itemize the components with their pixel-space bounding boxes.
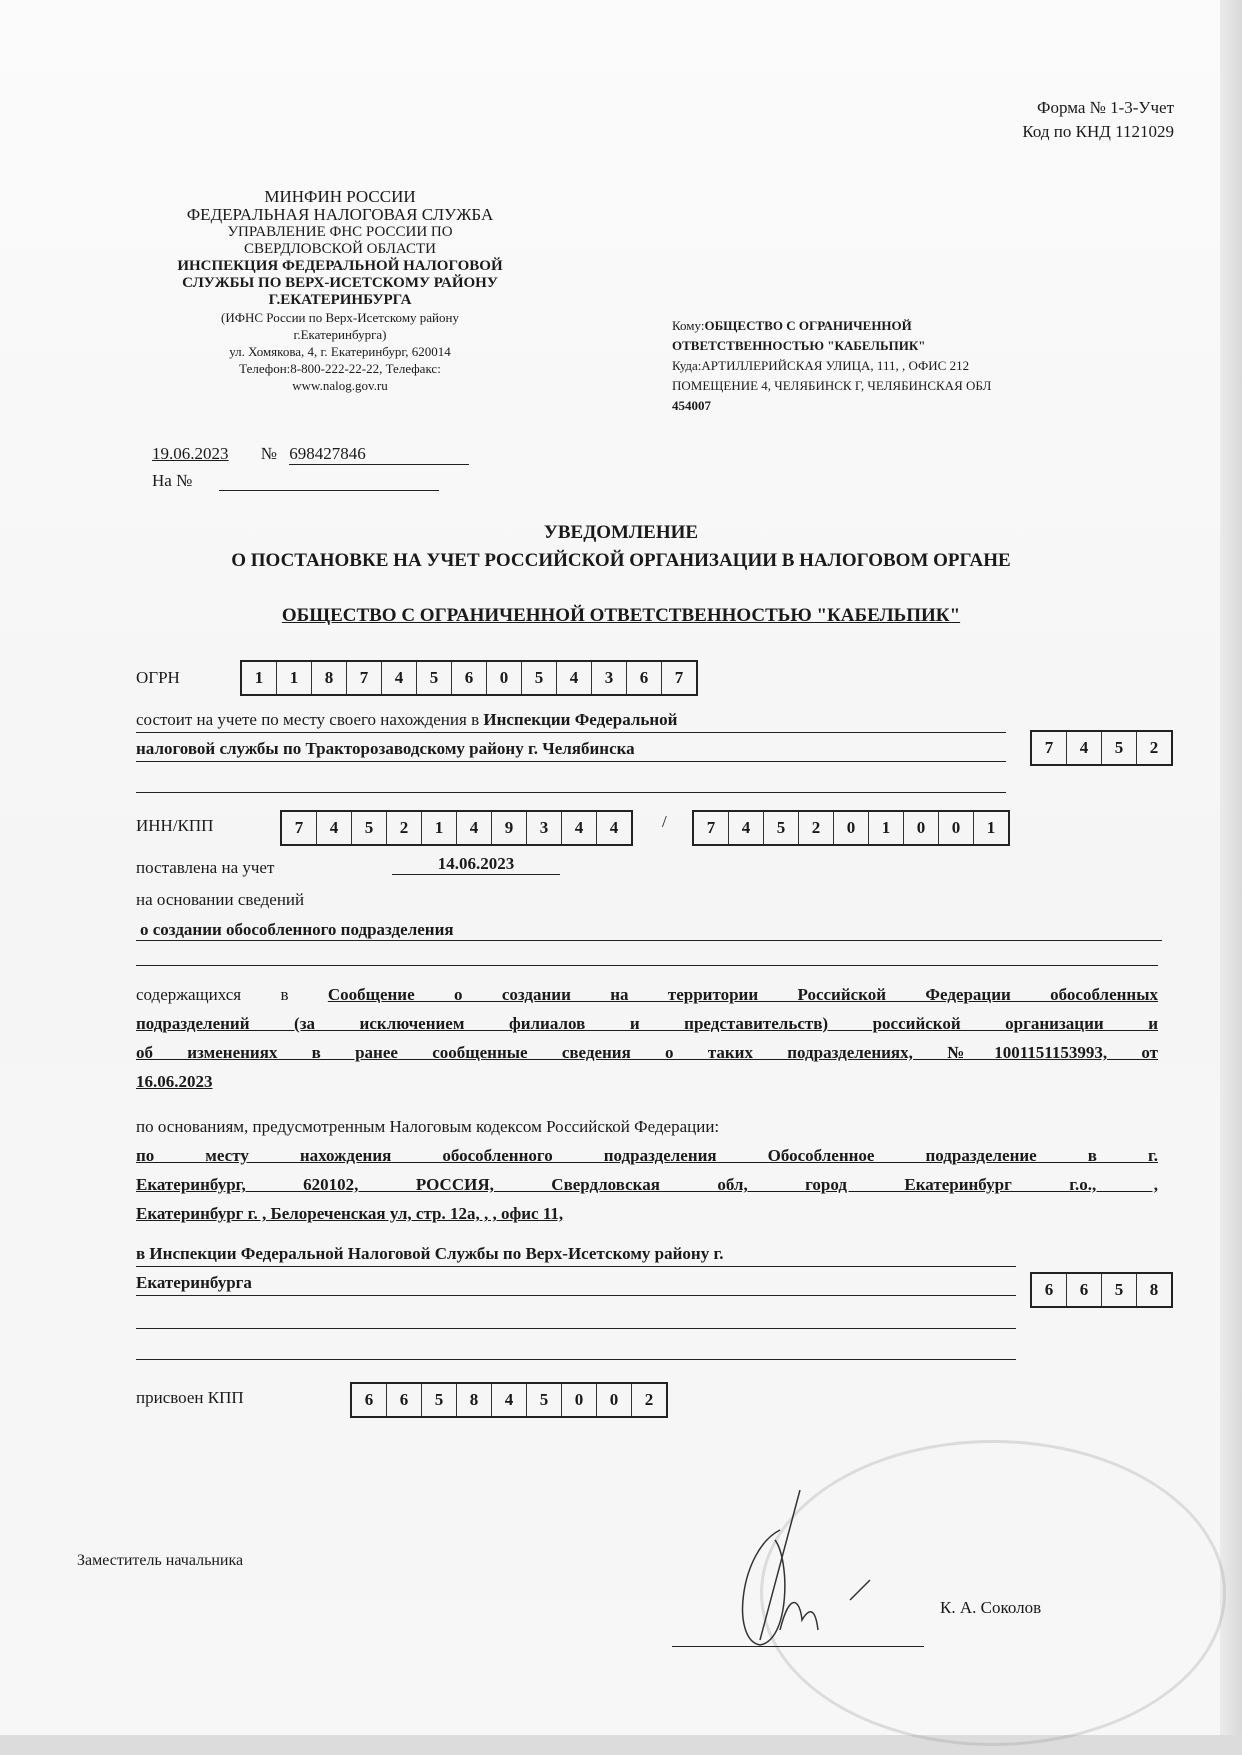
source-document-date: 16.06.2023 <box>136 1067 1158 1096</box>
inn-digit: 7 <box>282 812 317 844</box>
source-document-text: об изменениях в ранее сообщенные сведени… <box>136 1038 1158 1067</box>
new-tax-authority-code-digit: 5 <box>1102 1274 1137 1306</box>
new-tax-authority-code-digit: 6 <box>1067 1274 1102 1306</box>
ogrn-digit: 4 <box>382 662 417 694</box>
authority-line: (ИФНС России по Верх-Исетскому району <box>150 309 530 326</box>
form-number: Форма № 1-3-Учет <box>1022 96 1174 120</box>
assigned-kpp-digit: 0 <box>597 1384 632 1416</box>
ogrn-digit: 6 <box>627 662 662 694</box>
blank-line <box>136 965 1158 966</box>
inn-digit: 4 <box>457 812 492 844</box>
location-prefix: состоит на учете по месту своего нахожде… <box>136 710 483 729</box>
grounds-text: по месту нахождения обособленного подраз… <box>136 1141 1158 1170</box>
recipient-block: Кому:ОБЩЕСТВО С ОГРАНИЧЕННОЙ ОТВЕТСТВЕНН… <box>672 316 1092 416</box>
assigned-kpp-digit: 2 <box>632 1384 666 1416</box>
kpp-cells: 745201001 <box>692 810 1010 846</box>
tax-authority-name: Инспекции Федеральной <box>483 710 677 729</box>
form-header: Форма № 1-3-Учет Код по КНД 1121029 <box>1022 96 1174 144</box>
handwritten-signature-icon <box>720 1490 900 1660</box>
inn-kpp-separator: / <box>662 812 667 832</box>
new-tax-authority-code-digit: 6 <box>1032 1274 1067 1306</box>
ogrn-digit: 5 <box>522 662 557 694</box>
authority-line: УПРАВЛЕНИЕ ФНС РОССИИ ПО <box>150 224 530 241</box>
inn-kpp-label: ИНН/КПП <box>136 816 213 836</box>
assigned-kpp-digit: 6 <box>387 1384 422 1416</box>
registration-number-block: 19.06.2023 № 698427846 На № <box>152 444 469 491</box>
inn-digit: 9 <box>492 812 527 844</box>
grounds-block: по основаниям, предусмотренным Налоговым… <box>136 1112 1158 1228</box>
tax-authority-code-cells: 7452 <box>1030 730 1173 766</box>
inn-digit: 3 <box>527 812 562 844</box>
recipient-postcode: 454007 <box>672 396 1092 416</box>
inn-digit: 4 <box>562 812 597 844</box>
new-tax-authority-name: в Инспекции Федеральной Налоговой Службы… <box>136 1244 1016 1267</box>
authority-line: Г.ЕКАТЕРИНБУРГА <box>150 292 530 309</box>
new-tax-authority: в Инспекции Федеральной Налоговой Службы… <box>136 1244 1016 1360</box>
inn-digit: 1 <box>422 812 457 844</box>
registered-date: 14.06.2023 <box>392 854 560 875</box>
registration-location: состоит на учете по месту своего нахожде… <box>136 710 1006 793</box>
authority-line: ИНСПЕКЦИЯ ФЕДЕРАЛЬНОЙ НАЛОГОВОЙ <box>150 258 530 275</box>
kpp-digit: 5 <box>764 812 799 844</box>
document-page: Форма № 1-3-Учет Код по КНД 1121029 МИНФ… <box>0 0 1242 1755</box>
authority-line: СЛУЖБЫ ПО ВЕРХ-ИСЕТСКОМУ РАЙОНУ <box>150 275 530 292</box>
recipient-name: ОТВЕТСТВЕННОСТЬЮ "КАБЕЛЬПИК" <box>672 336 1092 356</box>
registered-label: поставлена на учет <box>136 858 274 878</box>
grounds-text: Екатеринбург г. , Белореченская ул, стр.… <box>136 1199 1158 1228</box>
authority-line: ФЕДЕРАЛЬНАЯ НАЛОГОВАЯ СЛУЖБА <box>150 206 530 224</box>
ogrn-digit: 3 <box>592 662 627 694</box>
source-document-text: подразделений (за исключением филиалов и… <box>136 1009 1158 1038</box>
assigned-kpp-digit: 0 <box>562 1384 597 1416</box>
tax-authority-code-digit: 5 <box>1102 732 1137 764</box>
basis-value: о создании обособленного подразделения <box>136 920 1162 941</box>
recipient-address: ПОМЕЩЕНИЕ 4, ЧЕЛЯБИНСК Г, ЧЕЛЯБИНСКАЯ ОБ… <box>672 376 1092 396</box>
authority-line: г.Екатеринбурга) <box>150 326 530 343</box>
signatory-position: Заместитель начальника <box>77 1552 243 1570</box>
assigned-kpp-label: присвоен КПП <box>136 1388 244 1408</box>
tax-authority-code-digit: 2 <box>1137 732 1171 764</box>
signatory-name: К. А. Соколов <box>940 1598 1041 1618</box>
tax-authority-code-digit: 4 <box>1067 732 1102 764</box>
kpp-digit: 0 <box>904 812 939 844</box>
kpp-digit: 1 <box>974 812 1008 844</box>
ogrn-digit: 7 <box>347 662 382 694</box>
authority-line: СВЕРДЛОВСКОЙ ОБЛАСТИ <box>150 241 530 258</box>
kpp-digit: 2 <box>799 812 834 844</box>
recipient-name: ОБЩЕСТВО С ОГРАНИЧЕННОЙ <box>704 318 911 333</box>
authority-website: www.nalog.gov.ru <box>150 377 530 394</box>
assigned-kpp-digit: 5 <box>527 1384 562 1416</box>
inn-digit: 5 <box>352 812 387 844</box>
scan-edge <box>1220 0 1242 1755</box>
ogrn-digit: 8 <box>312 662 347 694</box>
new-tax-authority-code-digit: 8 <box>1137 1274 1171 1306</box>
authority-line: МИНФИН РОССИИ <box>150 188 530 206</box>
assigned-kpp-digit: 6 <box>352 1384 387 1416</box>
reply-label: На № <box>152 471 192 490</box>
grounds-text: Екатеринбург, 620102, РОССИЯ, Свердловск… <box>136 1170 1158 1199</box>
kpp-digit: 0 <box>834 812 869 844</box>
to-label: Кому: <box>672 318 704 333</box>
knd-code: Код по КНД 1121029 <box>1022 120 1174 144</box>
tax-authority-code-digit: 7 <box>1032 732 1067 764</box>
assigned-kpp-cells: 665845002 <box>350 1382 668 1418</box>
assigned-kpp-digit: 8 <box>457 1384 492 1416</box>
ogrn-digit: 4 <box>557 662 592 694</box>
contained-prefix: содержащихся в <box>136 985 328 1004</box>
tax-authority-name: налоговой службы по Тракторозаводскому р… <box>136 739 1006 762</box>
signature-line <box>672 1646 924 1647</box>
inn-digit: 4 <box>597 812 631 844</box>
new-tax-authority-name: Екатеринбурга <box>136 1273 1016 1296</box>
document-date: 19.06.2023 <box>152 444 229 463</box>
organization-name: ОБЩЕСТВО С ОГРАНИЧЕННОЙ ОТВЕТСТВЕННОСТЬЮ… <box>0 605 1242 627</box>
authority-phone: Телефон:8-800-222-22-22, Телефакс: <box>150 360 530 377</box>
document-number: 698427846 <box>289 444 469 465</box>
inn-cells: 7452149344 <box>280 810 633 846</box>
ogrn-digit: 1 <box>242 662 277 694</box>
ogrn-digit: 7 <box>662 662 696 694</box>
blank-line <box>136 1296 1016 1329</box>
ogrn-label: ОГРН <box>136 668 180 688</box>
ogrn-digit: 5 <box>417 662 452 694</box>
grounds-label: по основаниям, предусмотренным Налоговым… <box>136 1112 1158 1141</box>
kpp-digit: 4 <box>729 812 764 844</box>
document-title: УВЕДОМЛЕНИЕ <box>0 522 1242 544</box>
new-tax-authority-code-cells: 6658 <box>1030 1272 1173 1308</box>
number-label: № <box>261 444 277 463</box>
assigned-kpp-digit: 4 <box>492 1384 527 1416</box>
ogrn-cells: 1187456054367 <box>240 660 698 696</box>
blank-line <box>136 762 1006 793</box>
kpp-digit: 1 <box>869 812 904 844</box>
kpp-digit: 7 <box>694 812 729 844</box>
blank-line <box>136 1329 1016 1360</box>
authority-address: ул. Хомякова, 4, г. Екатеринбург, 620014 <box>150 343 530 360</box>
kpp-digit: 0 <box>939 812 974 844</box>
recipient-address: АРТИЛЛЕРИЙСКАЯ УЛИЦА, 111, , ОФИС 212 <box>701 358 969 373</box>
source-document-text: Сообщение о создании на территории Росси… <box>328 985 1158 1004</box>
inn-digit: 2 <box>387 812 422 844</box>
organization-name-text: ОБЩЕСТВО С ОГРАНИЧЕННОЙ ОТВЕТСТВЕННОСТЬЮ… <box>282 605 960 626</box>
source-document: содержащихся в Сообщение о создании на т… <box>136 980 1158 1096</box>
ogrn-digit: 6 <box>452 662 487 694</box>
assigned-kpp-digit: 5 <box>422 1384 457 1416</box>
issuing-authority: МИНФИН РОССИИ ФЕДЕРАЛЬНАЯ НАЛОГОВАЯ СЛУЖ… <box>150 188 530 394</box>
ogrn-digit: 1 <box>277 662 312 694</box>
inn-digit: 4 <box>317 812 352 844</box>
document-subtitle: О ПОСТАНОВКЕ НА УЧЕТ РОССИЙСКОЙ ОРГАНИЗА… <box>0 550 1242 572</box>
ogrn-digit: 0 <box>487 662 522 694</box>
reply-number <box>219 472 439 491</box>
where-label: Куда: <box>672 358 701 373</box>
basis-label: на основании сведений <box>136 890 304 910</box>
